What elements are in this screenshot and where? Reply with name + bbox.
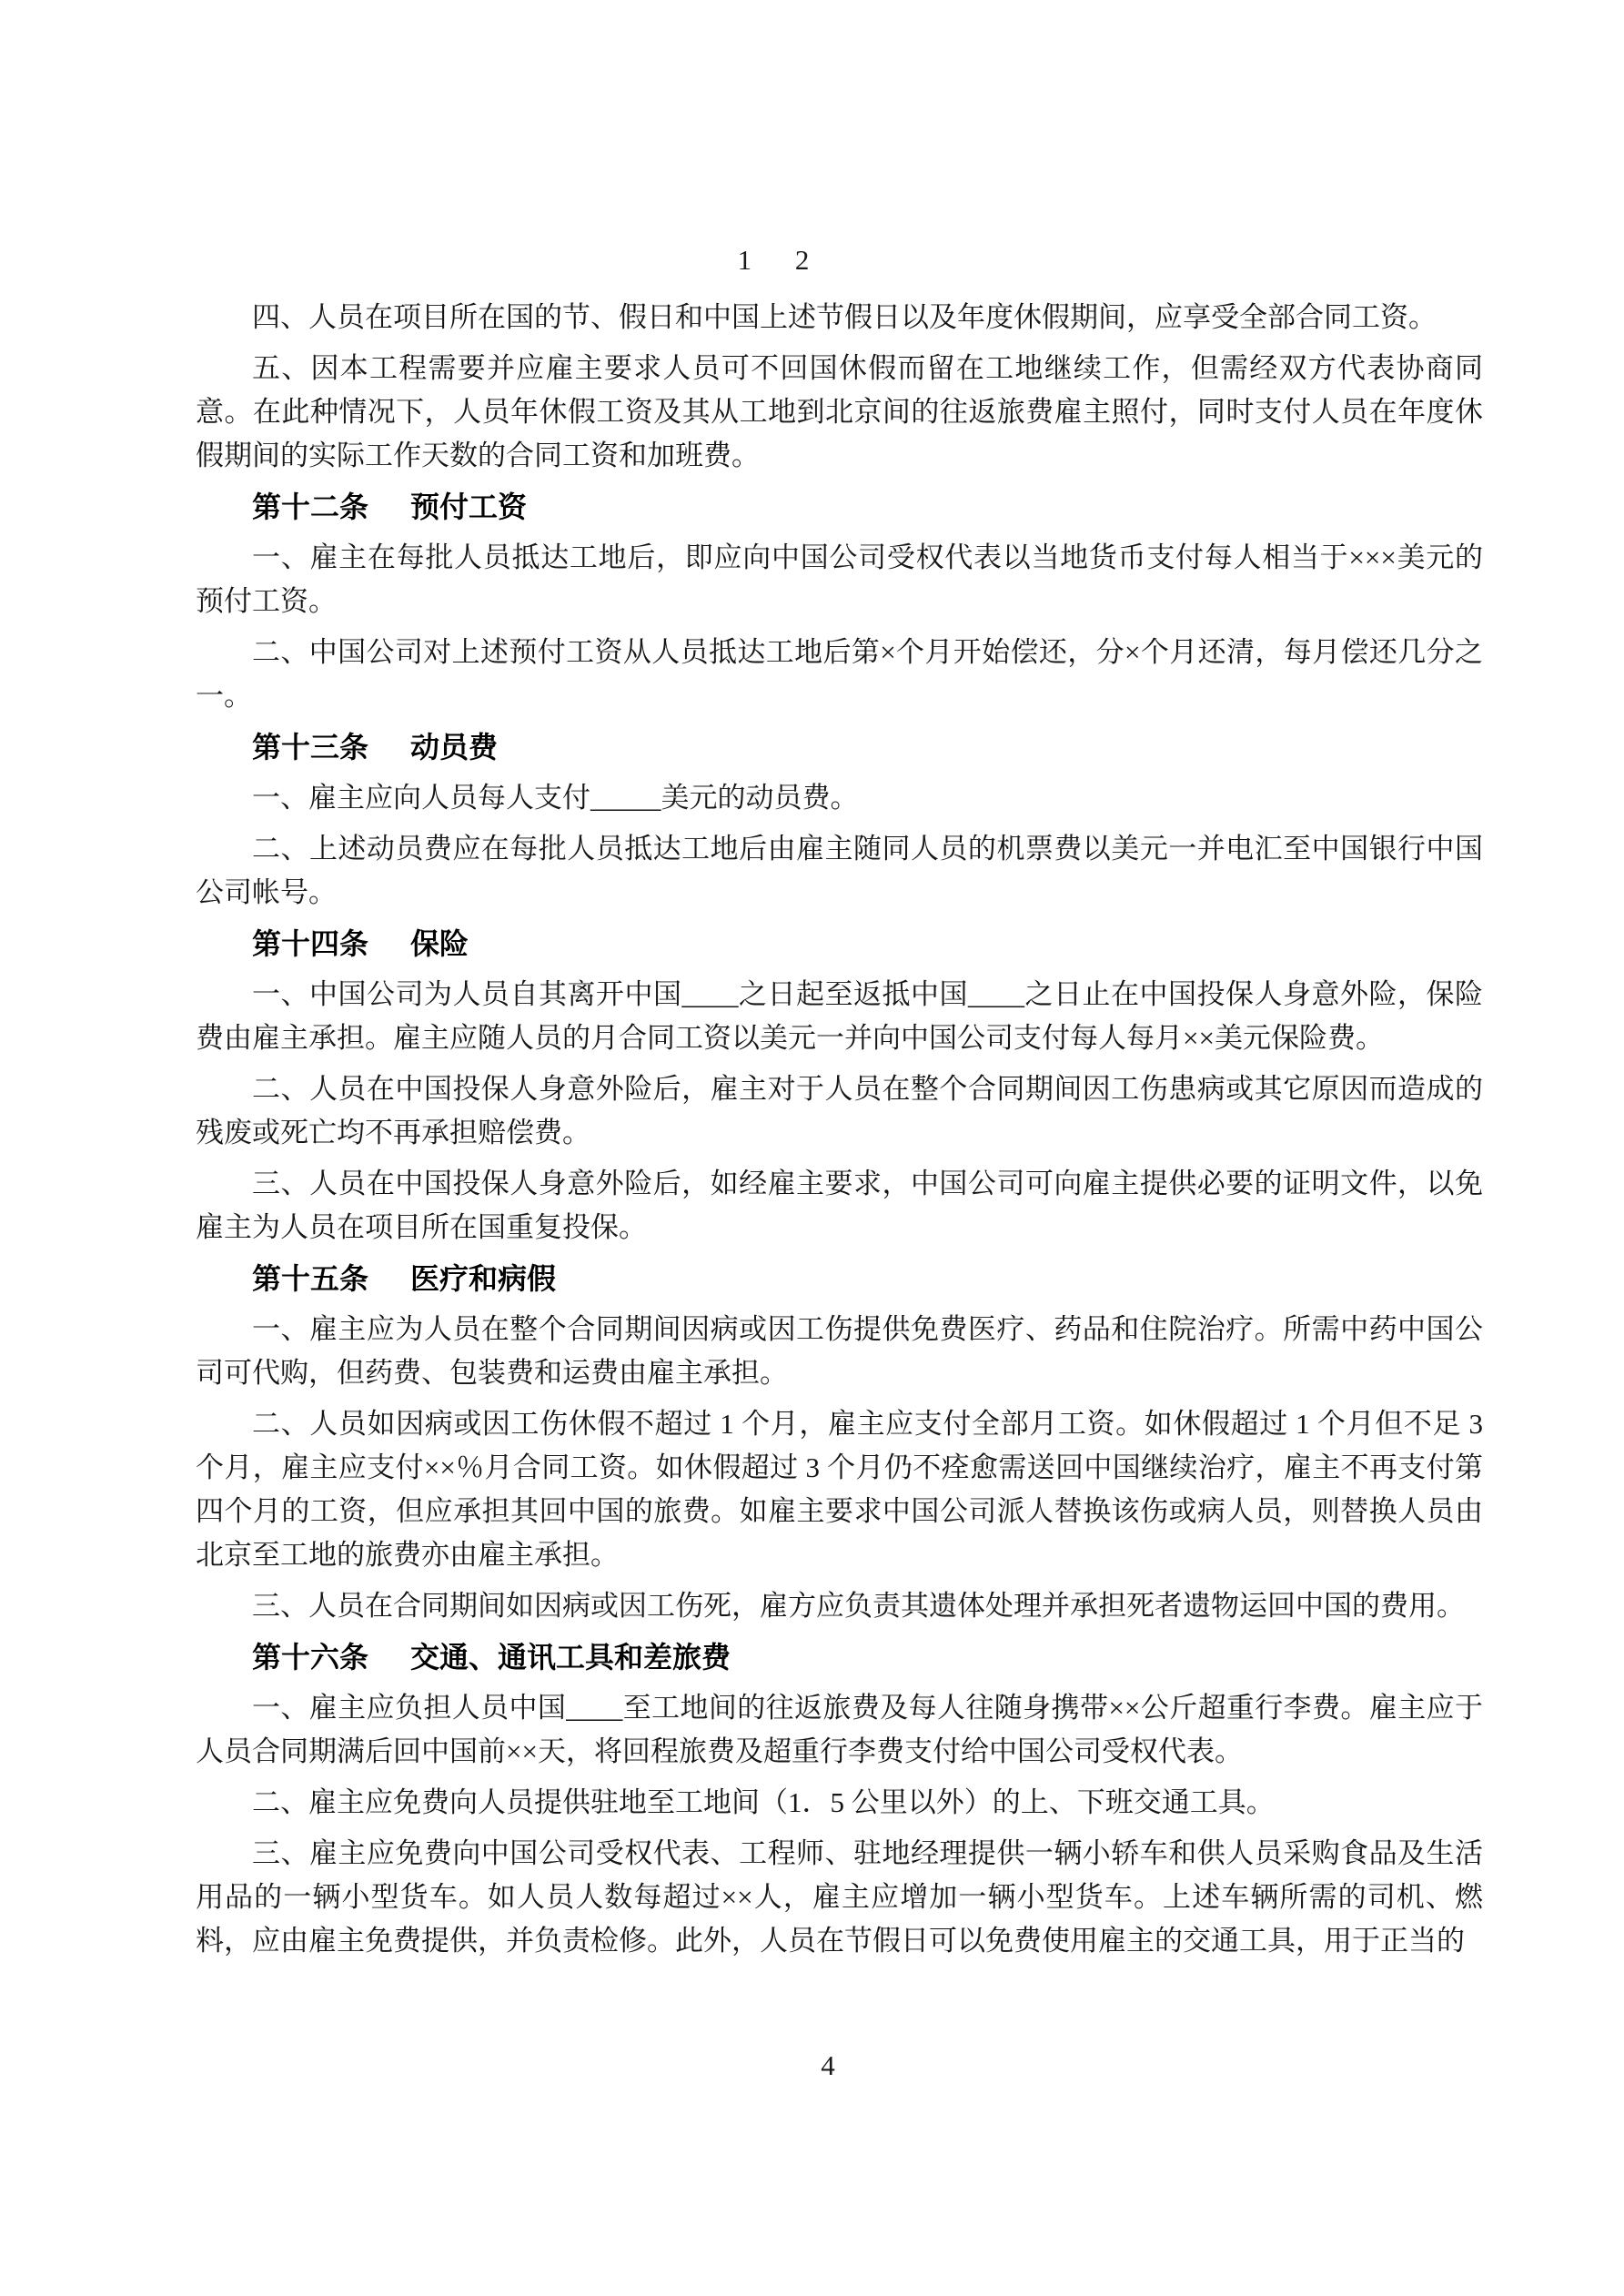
article-number: 第十五条	[252, 1262, 368, 1295]
article-heading-12: 第十二条预付工资	[196, 485, 1483, 529]
article-number: 第十四条	[252, 927, 368, 960]
paragraph: 四、人员在项目所在国的节、假日和中国上述节假日以及年度休假期间，应享受全部合同工…	[196, 296, 1483, 339]
article-title: 保险	[410, 927, 469, 960]
paragraph: 二、人员如因病或因工伤休假不超过 1 个月，雇主应支付全部月工资。如休假超过 1…	[196, 1402, 1483, 1577]
paragraph: 二、上述动员费应在每批人员抵达工地后由雇主随同人员的机票费以美元一并电汇至中国银…	[196, 827, 1483, 915]
article-heading-14: 第十四条保险	[196, 922, 1483, 966]
paragraph: 二、雇主应免费向人员提供驻地至工地间（1．5 公里以外）的上、下班交通工具。	[196, 1781, 1483, 1825]
article-number: 第十六条	[252, 1641, 368, 1674]
article-title: 动员费	[410, 731, 498, 764]
page-header-number: 1 2	[0, 244, 1565, 277]
article-heading-13: 第十三条动员费	[196, 725, 1483, 769]
article-number: 第十二条	[252, 491, 368, 523]
paragraph: 一、雇主应向人员每人支付_____美元的动员费。	[196, 776, 1483, 820]
article-title: 预付工资	[410, 491, 527, 523]
article-title: 交通、通讯工具和差旅费	[410, 1641, 731, 1674]
paragraph: 三、雇主应免费向中国公司受权代表、工程师、驻地经理提供一辆小轿车和供人员采购食品…	[196, 1832, 1483, 1963]
paragraph: 一、雇主在每批人员抵达工地后，即应向中国公司受权代表以当地货币支付每人相当于××…	[196, 536, 1483, 623]
paragraph: 一、雇主应为人员在整个合同期间因病或因工伤提供免费医疗、药品和住院治疗。所需中药…	[196, 1308, 1483, 1395]
article-number: 第十三条	[252, 731, 368, 764]
page-footer-number: 4	[0, 2049, 1624, 2082]
document-body: 四、人员在项目所在国的节、假日和中国上述节假日以及年度休假期间，应享受全部合同工…	[196, 296, 1483, 1970]
article-heading-16: 第十六条交通、通讯工具和差旅费	[196, 1635, 1483, 1679]
paragraph: 五、因本工程需要并应雇主要求人员可不回国休假而留在工地继续工作，但需经双方代表协…	[196, 347, 1483, 478]
paragraph: 三、人员在中国投保人身意外险后，如经雇主要求，中国公司可向雇主提供必要的证明文件…	[196, 1162, 1483, 1249]
paragraph: 一、雇主应负担人员中国____至工地间的往返旅费及每人往随身携带××公斤超重行李…	[196, 1686, 1483, 1774]
paragraph: 二、人员在中国投保人身意外险后，雇主对于人员在整个合同期间因工伤患病或其它原因而…	[196, 1067, 1483, 1155]
article-heading-15: 第十五条医疗和病假	[196, 1257, 1483, 1300]
document-page: { "page": { "header_number": "1 2", "foo…	[0, 0, 1624, 2296]
paragraph: 二、中国公司对上述预付工资从人员抵达工地后第×个月开始偿还，分×个月还清，每月偿…	[196, 631, 1483, 718]
article-title: 医疗和病假	[410, 1262, 556, 1295]
paragraph: 一、中国公司为人员自其离开中国____之日起至返抵中国____之日止在中国投保人…	[196, 973, 1483, 1060]
paragraph: 三、人员在合同期间如因病或因工伤死，雇方应负责其遗体处理并承担死者遗物运回中国的…	[196, 1584, 1483, 1628]
